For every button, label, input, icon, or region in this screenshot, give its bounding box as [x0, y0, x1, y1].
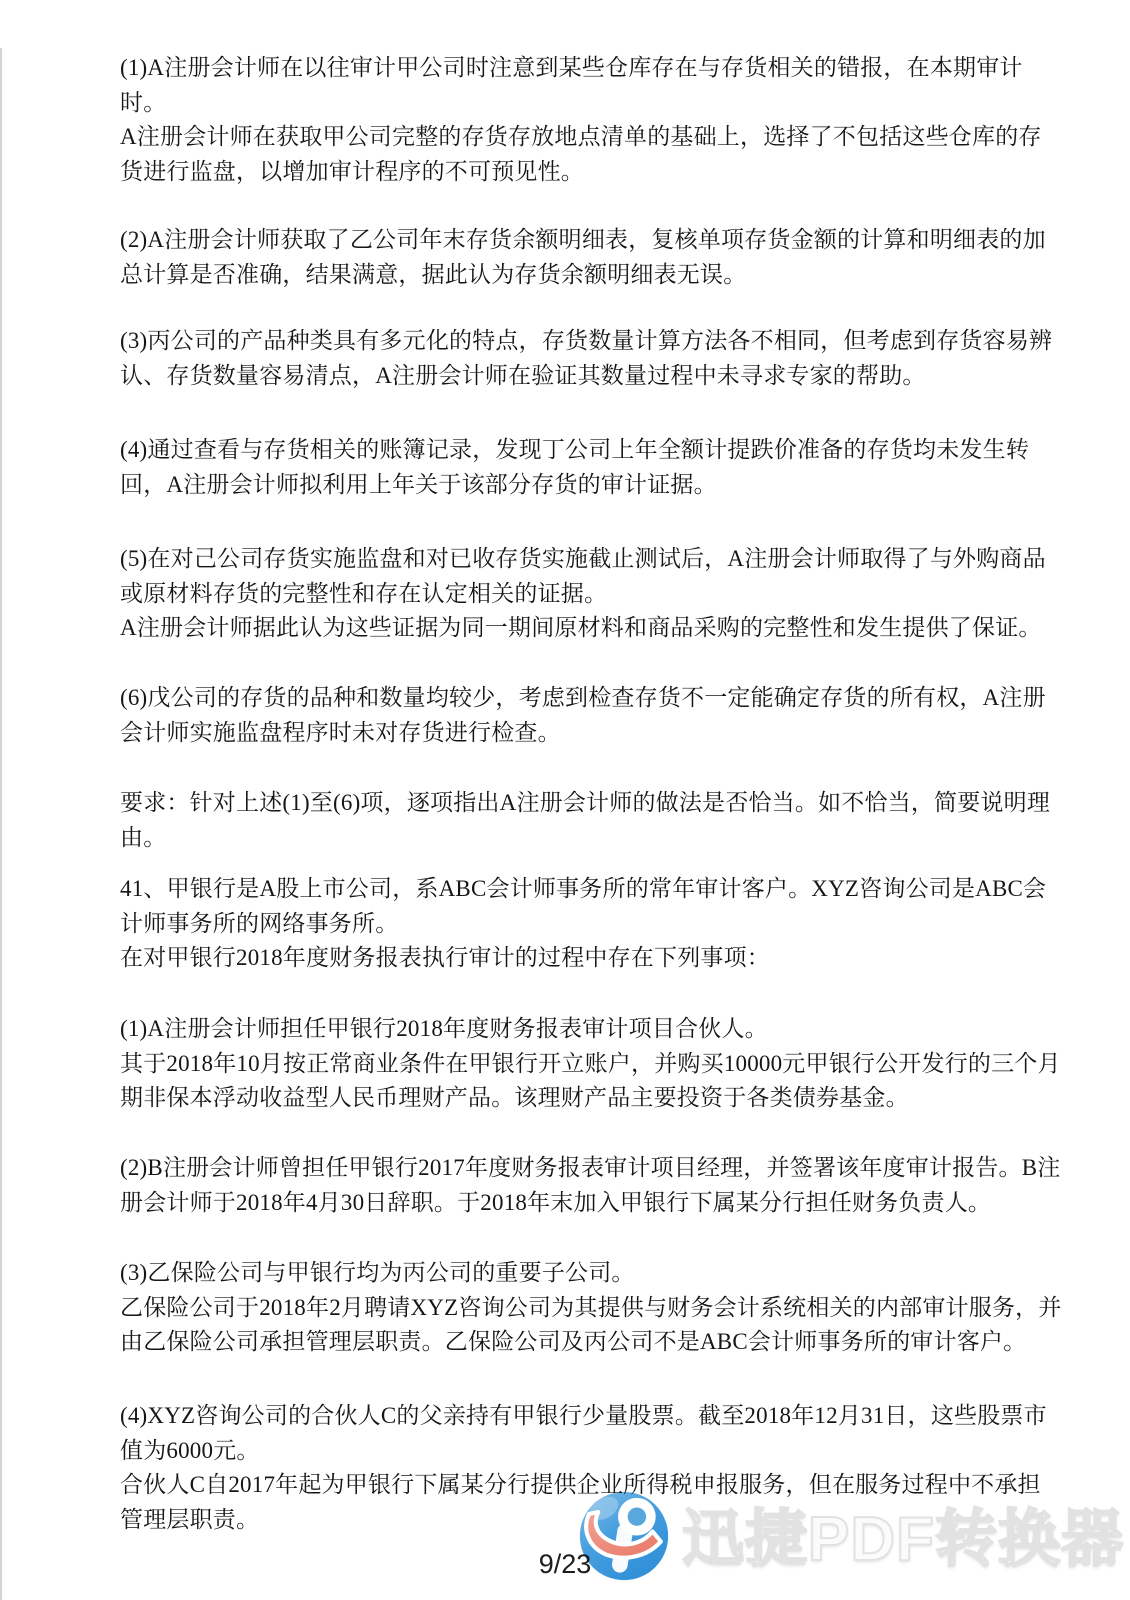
question-41-intro: 41、甲银行是A股上市公司，系ABC会计师事务所的常年审计客户。XYZ咨询公司是… [120, 872, 1025, 976]
text-line: 期非保本浮动收益型人民币理财产品。该理财产品主要投资于各类债券基金。 [120, 1081, 1025, 1116]
text-line: 时。 [120, 86, 1025, 121]
audit-item-1: (1)A注册会计师在以往审计甲公司时注意到某些仓库存在与存货相关的错报，在本期审… [120, 51, 1025, 189]
page-background: 迅捷PDF转换器 (1)A注册会计师在以往审计甲公司时注意到某些仓库存在与存货相… [0, 0, 1130, 1600]
text-line: 或原材料存货的完整性和存在认定相关的证据。 [120, 577, 1025, 612]
audit-item-2: (2)A注册会计师获取了乙公司年末存货余额明细表，复核单项存货金额的计算和明细表… [120, 223, 1025, 292]
text-line: (2)B注册会计师曾担任甲银行2017年度财务报表审计项目经理，并签署该年度审计… [120, 1151, 1025, 1186]
text-line: 其于2018年10月按正常商业条件在甲银行开立账户，并购买10000元甲银行公开… [120, 1047, 1025, 1082]
text-line: (2)A注册会计师获取了乙公司年末存货余额明细表，复核单项存货金额的计算和明细表… [120, 223, 1025, 258]
text-line: 认、存货数量容易清点，A注册会计师在验证其数量过程中未寻求专家的帮助。 [120, 359, 1025, 394]
text-line: 由。 [120, 821, 1025, 856]
text-line: 总计算是否准确，结果满意，据此认为存货余额明细表无误。 [120, 258, 1025, 293]
text-line: 货进行监盘，以增加审计程序的不可预见性。 [120, 155, 1025, 190]
page-number: 9/23 [0, 1550, 1130, 1578]
audit-item-4: (4)通过查看与存货相关的账簿记录，发现丁公司上年全额计提跌价准备的存货均未发生… [120, 433, 1025, 502]
text-line: (3)丙公司的产品种类具有多元化的特点，存货数量计算方法各不相同，但考虑到存货容… [120, 324, 1025, 359]
text-line: 在对甲银行2018年度财务报表执行审计的过程中存在下列事项： [120, 941, 1025, 976]
text-line: 会计师实施监盘程序时未对存货进行检查。 [120, 716, 1025, 751]
text-line: (6)戊公司的存货的品种和数量均较少，考虑到检查存货不一定能确定存货的所有权，A… [120, 681, 1025, 716]
question-requirement: 要求：针对上述(1)至(6)项，逐项指出A注册会计师的做法是否恰当。如不恰当，简… [120, 786, 1025, 855]
text-line: 由乙保险公司承担管理层职责。乙保险公司及丙公司不是ABC会计师事务所的审计客户。 [120, 1325, 1025, 1360]
text-line: A注册会计师据此认为这些证据为同一期间原材料和商品采购的完整性和发生提供了保证。 [120, 611, 1025, 646]
q41-item-2: (2)B注册会计师曾担任甲银行2017年度财务报表审计项目经理，并签署该年度审计… [120, 1151, 1025, 1220]
text-line: (1)A注册会计师担任甲银行2018年度财务报表审计项目合伙人。 [120, 1012, 1025, 1047]
q41-item-3: (3)乙保险公司与甲银行均为丙公司的重要子公司。 乙保险公司于2018年2月聘请… [120, 1256, 1025, 1360]
q41-item-1: (1)A注册会计师担任甲银行2018年度财务报表审计项目合伙人。 其于2018年… [120, 1012, 1025, 1116]
text-line: 回，A注册会计师拟利用上年关于该部分存货的审计证据。 [120, 468, 1025, 503]
text-line: (1)A注册会计师在以往审计甲公司时注意到某些仓库存在与存货相关的错报，在本期审… [120, 51, 1025, 86]
text-line: (5)在对己公司存货实施监盘和对已收存货实施截止测试后，A注册会计师取得了与外购… [120, 542, 1025, 577]
text-line: 册会计师于2018年4月30日辞职。于2018年末加入甲银行下属某分行担任财务负… [120, 1186, 1025, 1221]
text-line: 计师事务所的网络事务所。 [120, 907, 1025, 942]
text-line: 要求：针对上述(1)至(6)项，逐项指出A注册会计师的做法是否恰当。如不恰当，简… [120, 786, 1025, 821]
text-line: 管理层职责。 [120, 1503, 1025, 1538]
text-line: 合伙人C自2017年起为甲银行下属某分行提供企业所得税申报服务，但在服务过程中不… [120, 1468, 1025, 1503]
text-line: (4)XYZ咨询公司的合伙人C的父亲持有甲银行少量股票。截至2018年12月31… [120, 1399, 1025, 1434]
document-page: { "paragraphs": [ { "lines": [ "(1)A注册会计… [0, 0, 1130, 1600]
text-line: 41、甲银行是A股上市公司，系ABC会计师事务所的常年审计客户。XYZ咨询公司是… [120, 872, 1025, 907]
text-line: (3)乙保险公司与甲银行均为丙公司的重要子公司。 [120, 1256, 1025, 1291]
text-line: A注册会计师在获取甲公司完整的存货存放地点清单的基础上，选择了不包括这些仓库的存 [120, 120, 1025, 155]
text-line: (4)通过查看与存货相关的账簿记录，发现丁公司上年全额计提跌价准备的存货均未发生… [120, 433, 1025, 468]
q41-item-4: (4)XYZ咨询公司的合伙人C的父亲持有甲银行少量股票。截至2018年12月31… [120, 1399, 1025, 1537]
audit-item-6: (6)戊公司的存货的品种和数量均较少，考虑到检查存货不一定能确定存货的所有权，A… [120, 681, 1025, 750]
text-line: 乙保险公司于2018年2月聘请XYZ咨询公司为其提供与财务会计系统相关的内部审计… [120, 1291, 1025, 1326]
page-left-edge-line [0, 48, 2, 1600]
audit-item-3: (3)丙公司的产品种类具有多元化的特点，存货数量计算方法各不相同，但考虑到存货容… [120, 324, 1025, 393]
audit-item-5: (5)在对己公司存货实施监盘和对已收存货实施截止测试后，A注册会计师取得了与外购… [120, 542, 1025, 646]
text-line: 值为6000元。 [120, 1434, 1025, 1469]
